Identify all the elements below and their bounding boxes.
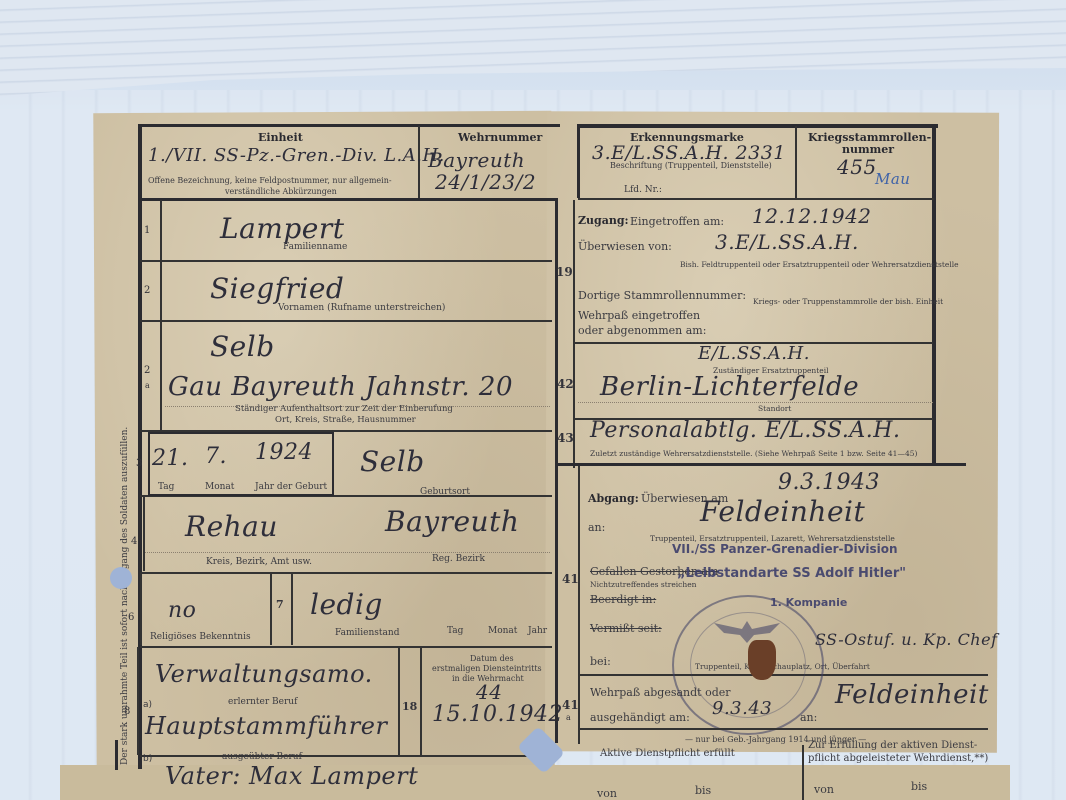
einheit-note-2: verständliche Abkürzungen [225,187,337,196]
diensteintritt-date: 15.10.1942 [432,702,563,727]
abgang-an-value: Feldeinheit [700,495,865,528]
religion-value: no [168,598,196,623]
stammrollennummer-note: Kriegs- oder Truppenstammrolle der bish.… [753,297,943,306]
row-number: 18 [402,700,417,713]
ueberwiesen-von-label: Überwiesen von: [578,240,672,253]
num-column-divider [140,573,142,645]
dotted-line [578,402,933,403]
familienstand-value: ledig [310,588,383,621]
regbezirk-value: Bayreuth [385,505,519,538]
b-marker: b) [143,754,152,764]
row-number: 19 [556,265,573,279]
erlernter-beruf-value: Verwaltungsamo. [155,660,373,688]
diensteintritt-unit: 44 [476,680,502,704]
nichtzutreffendes-label: Nichtzutreffendes streichen [590,580,696,589]
left-thick-border [138,124,142,769]
row-number: 2 [144,365,150,376]
num-column-divider [160,200,162,430]
year-label: Jahr der Geburt [255,482,327,492]
bis-label: bis [695,784,711,797]
row-divider [140,755,552,757]
num-column-divider [137,647,139,755]
religion-label: Religiöses Bekenntnis [150,632,251,642]
row-divider [578,728,988,730]
birth-day: 21. [152,446,189,471]
wehrersatzdienststelle-value: Personalabtlg. E/L.SS.A.H. [590,418,900,443]
punch-hole [110,567,132,589]
row-number: 1 [144,225,150,236]
unit-stamp-line2: „Leibstandarte SS Adolf Hitler" [677,566,906,581]
day-label: Tag [158,482,174,492]
familienname-label: Familienname [283,242,347,252]
lfd-nr-label: Lfd. Nr.: [624,185,662,195]
abgang-label: Abgang: [588,492,639,505]
eingetroffen-value: 12.12.1942 [752,204,872,228]
column-divider [291,573,293,645]
dotted-line [145,552,550,553]
row-number: 3 [136,458,142,469]
ueberwiesen-von-value: 3.E/L.SS.A.H. [715,230,859,254]
row-suffix: a [145,381,150,390]
wohnort-label: Ständiger Aufenthaltsort zur Zeit der Ei… [235,404,453,414]
ausgehaendigt-label: ausgehändigt am: [590,711,690,724]
border-line [115,740,118,770]
standort-label: Standort [758,404,791,413]
num-column-divider [143,496,145,571]
row-suffix: a [566,713,571,722]
header-divider [795,126,797,198]
header-bottom-border [140,198,555,201]
thick-row-divider [556,463,966,466]
abgang-an-label: an: [588,521,605,534]
right-top-border [578,124,938,128]
zugang-label: Zugang: [578,214,629,227]
num-column-divider [573,200,575,468]
tag-label: Tag [447,626,463,636]
column-divider [420,648,422,756]
wehrnummer-city: Bayreuth [428,148,525,172]
erfuellung-label-2: pflicht abgeleisteter Wehrdienst,**) [808,753,988,764]
eingetroffen-label: Eingetroffen am: [630,215,724,228]
von-label-2: von [814,783,834,796]
row-number: 2 [144,285,150,296]
erlernter-beruf-label: erlernter Beruf [228,697,297,707]
diensteintritt-label: Datum des [470,654,514,663]
birth-year: 1924 [255,440,313,465]
row-number: 43 [557,431,574,445]
ausgeuebter-beruf-label: ausgeübter Beruf [222,752,302,762]
kreis-value: Rehau [185,510,278,543]
wehrnummer-value: 24/1/23/2 [435,170,536,194]
familienname-value: Lampert [220,212,344,245]
kriegsstammrolle-value: 455 [837,155,877,179]
ausgeuebter-beruf-value: Hauptstammführer [145,712,387,740]
blue-pencil-mark: Mau [875,170,910,188]
a-marker: a) [143,700,152,710]
column-divider [398,648,400,756]
right-left-thick-border [555,198,558,743]
diensteintritt-label-2: erstmaligen Diensteintritts [432,664,542,673]
wehrnummer-label: Wehrnummer [458,131,542,144]
row-number: 42 [557,377,574,391]
vater-value: Vater: Max Lampert [165,762,418,790]
row-divider [140,646,552,648]
birthplace-label: Geburtsort [420,487,470,497]
ersatztruppenteil-value: E/L.SS.A.H. [698,343,810,364]
column-divider [270,573,272,645]
vornamen-label: Vornamen (Rufname unterstreichen) [278,303,445,313]
ausgehaendigt-date: 9.3.43 [712,698,772,719]
wehrpass-abgesandt-label: Wehrpaß abgesandt oder [590,686,731,699]
beerdigt-label: Beerdigt in: [590,593,656,606]
einheit-note: Offene Bezeichnung, keine Feldpostnummer… [148,176,392,185]
birthplace-value: Selb [360,445,425,478]
wohnort-value: Selb [210,330,275,363]
einheit-label: Einheit [258,131,303,144]
month-label: Monat [205,482,234,492]
vermisst-label: Vermißt seit: [590,622,662,635]
header-bottom-border [578,198,934,200]
side-instruction-note: Der stark umrahmte Teil ist sofort nach … [120,427,130,765]
bis-label-2: bis [911,780,927,793]
row-number: 41 [562,572,579,586]
kreis-label: Kreis, Bezirk, Amt usw. [206,557,312,567]
abgang-date-value: 9.3.1943 [778,470,880,495]
paper-damage-mark [748,640,776,680]
regbezirk-label: Reg. Bezirk [432,554,485,564]
wehrersatzdienststelle-label: Zuletzt zuständige Wehrersatzdienststell… [590,449,917,458]
monat-label: Monat [488,626,517,636]
stammrollennummer-label: Dortige Stammrollennummer: [578,289,746,302]
wooden-board-background [0,0,1066,100]
row-number: 7 [276,598,284,611]
row-divider [140,260,552,262]
vornamen-value: Siegfried [210,272,344,305]
birth-month: 7. [205,444,227,469]
column-divider [802,745,804,800]
wehrpass-abgenommen-label: oder abgenommen am: [578,324,706,337]
ausgehaendigt-an-label: an: [800,711,817,724]
wehrpass-eingetroffen-label: Wehrpaß eingetroffen [578,309,700,322]
right-thick-border [932,124,936,466]
right-header-left-border [577,124,580,198]
aktive-dienstpflicht-label: Aktive Dienstpflicht erfüllt [600,748,735,759]
einheit-value: 1./VII. SS-Pz.-Gren.-Div. L.A.H. [148,145,445,166]
bei-label: bei: [590,655,611,668]
beschriftung-label: Beschriftung (Truppenteil, Dienststelle) [610,161,772,170]
wohnort-address: Gau Bayreuth Jahnstr. 20 [168,372,513,402]
wohnort-sublabel: Ort, Kreis, Straße, Hausnummer [275,415,416,425]
row-divider [140,320,552,322]
officer-signature: SS-Ostuf. u. Kp. Chef [815,630,998,649]
standort-value: Berlin-Lichterfelde [600,372,859,402]
unit-stamp-line1: VII./SS Panzer-Grenadier-Division [672,542,898,556]
row-number: 4 [131,536,137,547]
familienstand-label: Familienstand [335,628,399,638]
jahr-label: Jahr [528,626,547,636]
row-number: 41 [562,698,579,712]
unit-stamp-line3: 1. Kompanie [770,596,847,609]
row-divider [140,572,552,574]
ueberwiesen-von-note: Bish. Feldtruppenteil oder Ersatztruppen… [680,260,959,269]
erfuellung-label: Zur Erfüllung der aktiven Dienst- [808,740,977,751]
von-label: von [597,787,617,800]
ausgehaendigt-an-value: Feldeinheit [835,680,989,710]
